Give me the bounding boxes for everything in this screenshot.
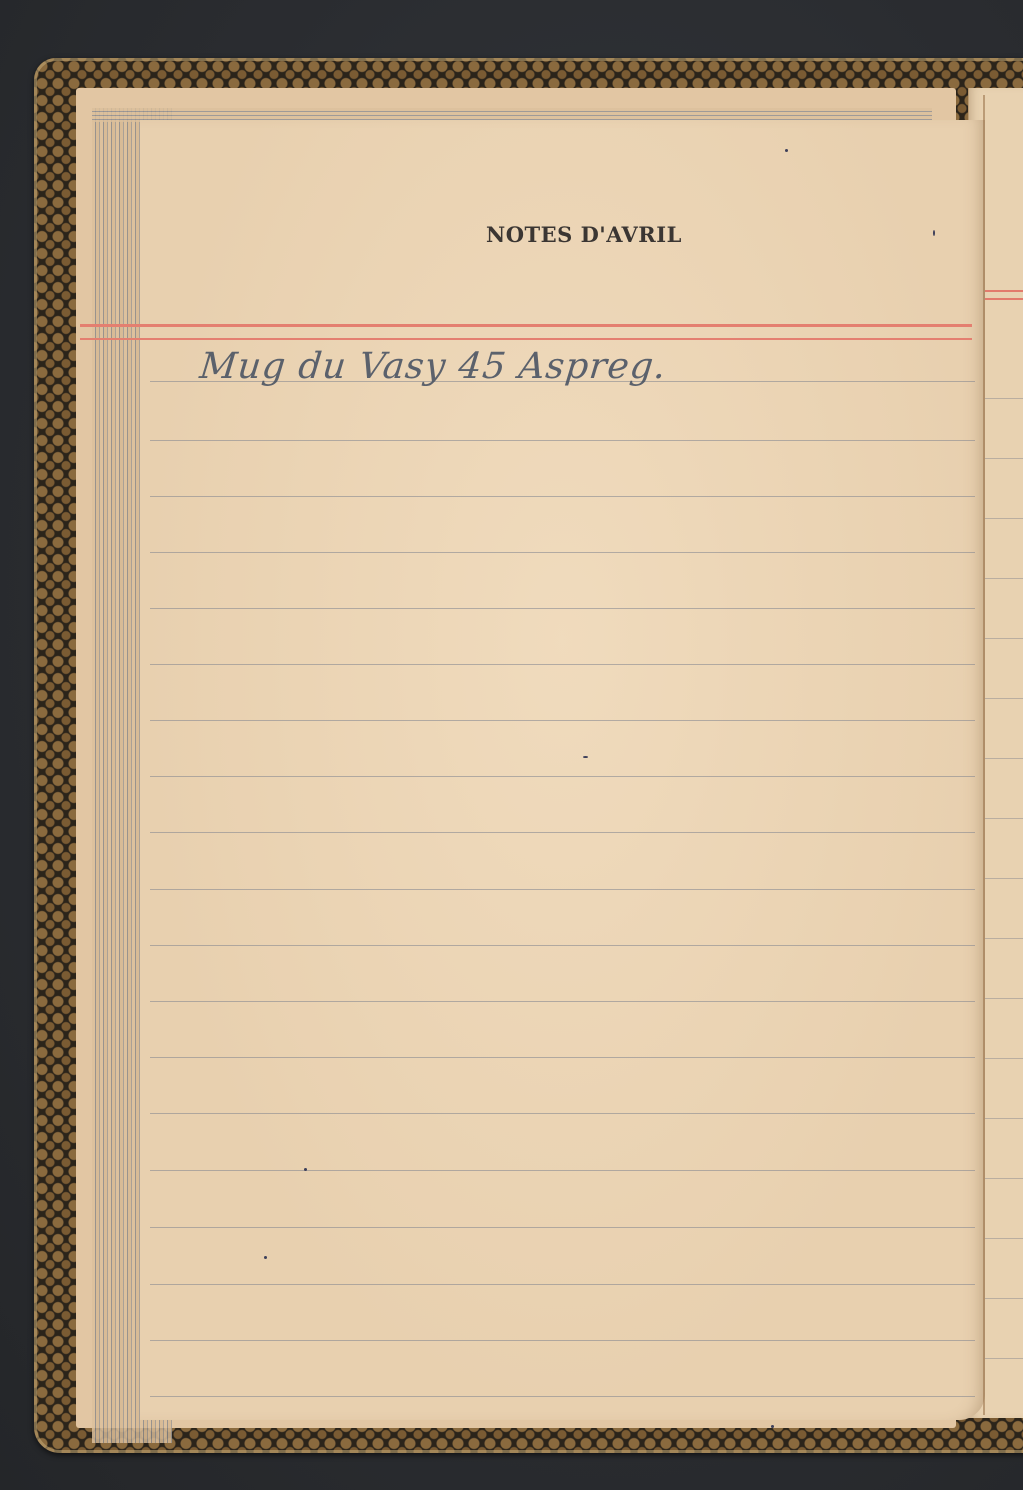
ruled-line — [150, 776, 975, 777]
ruled-line — [150, 1227, 975, 1228]
ruled-line — [150, 664, 975, 665]
header-red-rule-bottom — [80, 338, 972, 340]
ruled-line — [150, 832, 975, 833]
ruled-line — [150, 945, 975, 946]
ruled-line — [150, 496, 975, 497]
ink-speck — [304, 1168, 307, 1171]
ruled-line — [150, 889, 975, 890]
ruled-line — [150, 1113, 975, 1114]
ruled-line — [150, 1340, 975, 1341]
ink-speck — [933, 230, 935, 236]
ink-speck — [583, 756, 588, 758]
ink-speck — [264, 1256, 267, 1259]
notebook-page — [140, 120, 985, 1420]
ruled-line — [150, 440, 975, 441]
spine-fold — [983, 95, 985, 1415]
ruled-line — [150, 552, 975, 553]
ink-speck — [771, 1425, 774, 1428]
page-heading: NOTES D'AVRIL — [486, 222, 682, 247]
handwritten-entry: Mug du Vasy 45 Aspreg. — [198, 346, 669, 387]
ruled-line — [150, 1284, 975, 1285]
ruled-line — [150, 1057, 975, 1058]
ruled-line — [150, 1170, 975, 1171]
header-red-rule-top — [80, 324, 972, 327]
ruled-line — [150, 1396, 975, 1397]
ruled-line — [150, 608, 975, 609]
ink-speck — [785, 149, 788, 152]
ruled-line — [150, 1001, 975, 1002]
ruled-line — [150, 720, 975, 721]
